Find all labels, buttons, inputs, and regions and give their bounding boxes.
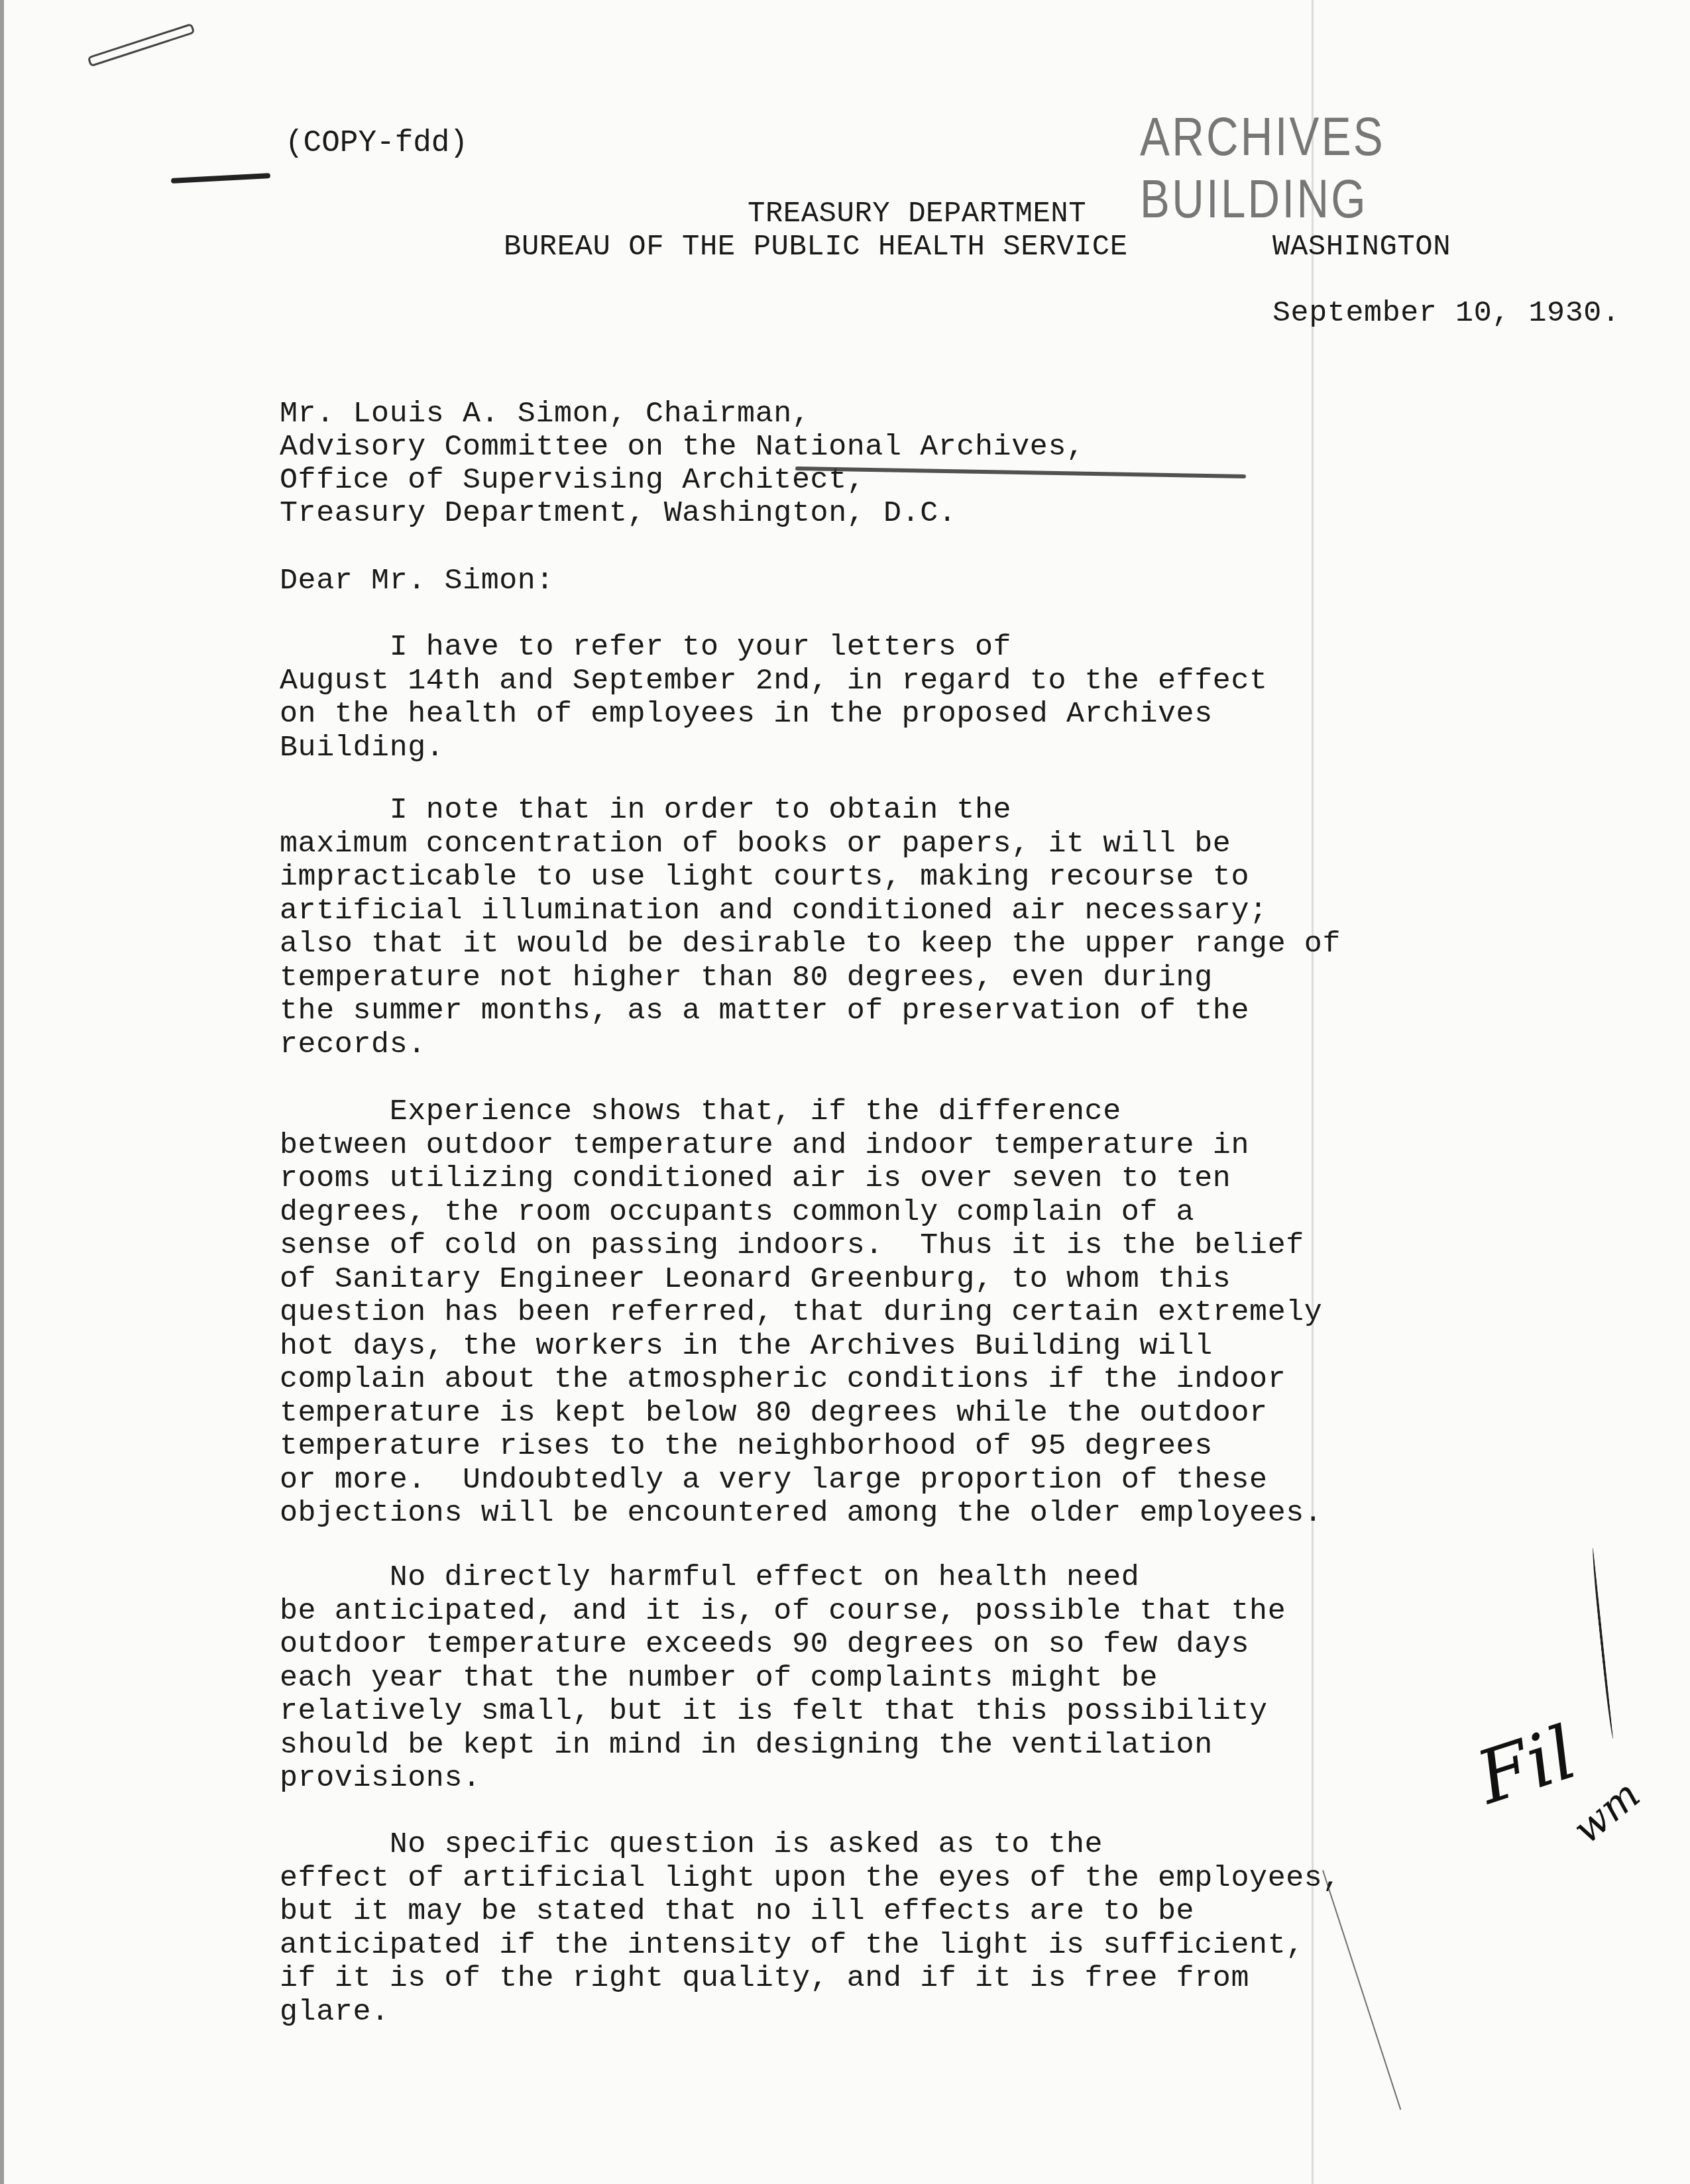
paragraph-line: Building.	[280, 732, 444, 765]
paragraph-line: but it may be stated that no ill effects…	[280, 1895, 1194, 1929]
paragraph-line: provisions.	[280, 1762, 481, 1796]
archives-building-stamp: ARCHIVES BUILDING	[1140, 106, 1591, 231]
ink-dash-mark	[171, 173, 270, 184]
salutation: Dear Mr. Simon:	[280, 565, 554, 598]
paragraph-line: the summer months, as a matter of preser…	[280, 995, 1249, 1028]
paragraph-line: of Sanitary Engineer Leonard Greenburg, …	[280, 1263, 1231, 1297]
paragraph-line: glare.	[280, 1996, 390, 2030]
paragraph-line: anticipated if the intensity of the ligh…	[280, 1929, 1304, 1963]
paragraph-line: on the health of employees in the propos…	[280, 698, 1213, 732]
handwritten-initials: Fil	[1467, 1710, 1586, 1820]
paragraph-line: No specific question is asked as to the	[280, 1828, 1103, 1862]
paragraph-line: temperature not higher than 80 degrees, …	[280, 961, 1213, 995]
paragraph-line: August 14th and September 2nd, in regard…	[280, 665, 1268, 698]
paragraph-line: or more. Undoubtedly a very large propor…	[280, 1464, 1268, 1498]
paragraph-line: temperature is kept below 80 degrees whi…	[280, 1397, 1268, 1431]
paragraph-line: sense of cold on passing indoors. Thus i…	[280, 1229, 1304, 1263]
paragraph-line: should be kept in mind in designing the …	[280, 1729, 1213, 1763]
letterhead-city: WASHINGTON	[1272, 231, 1451, 264]
paragraph-line: temperature rises to the neighborhood of…	[280, 1430, 1213, 1464]
paragraph-line: records.	[280, 1028, 426, 1062]
paragraph-line: artificial illumination and conditioned …	[280, 895, 1268, 928]
letterhead-bureau: BUREAU OF THE PUBLIC HEALTH SERVICE	[504, 231, 1128, 264]
paragraph-line: degrees, the room occupants commonly com…	[280, 1196, 1194, 1230]
paragraph-line: also that it would be desirable to keep …	[280, 928, 1341, 961]
paragraph-line: effect of artificial light upon the eyes…	[280, 1862, 1341, 1896]
paragraph-line: No directly harmful effect on health nee…	[280, 1561, 1139, 1595]
margin-bracket-mark	[1322, 1839, 1496, 2110]
paragraph-line: relatively small, but it is felt that th…	[280, 1695, 1268, 1729]
paragraph-line: I note that in order to obtain the	[280, 794, 1011, 828]
paragraph-line: between outdoor temperature and indoor t…	[280, 1129, 1249, 1163]
paragraph-line: I have to refer to your letters of	[280, 631, 1011, 665]
recipient-line: Treasury Department, Washington, D.C.	[280, 497, 956, 531]
paragraph-line: be anticipated, and it is, of course, po…	[280, 1595, 1286, 1629]
paragraph-line: objections will be encountered among the…	[280, 1497, 1322, 1531]
paragraph-line: each year that the number of complaints …	[280, 1662, 1158, 1696]
paragraph-line: complain about the atmospheric condition…	[280, 1363, 1286, 1397]
paragraph-line: question has been referred, that during …	[280, 1296, 1322, 1330]
recipient-line: Advisory Committee on the National Archi…	[280, 431, 1085, 464]
scan-edge	[0, 0, 4, 2184]
paragraph-line: impracticable to use light courts, makin…	[280, 861, 1249, 895]
recipient-line: Mr. Louis A. Simon, Chairman,	[280, 398, 811, 431]
pencil-mark	[87, 23, 196, 68]
margin-pencil-line	[1591, 1547, 1616, 1739]
paragraph-line: maximum concentration of books or papers…	[280, 828, 1231, 861]
paragraph-line: Experience shows that, if the difference	[280, 1095, 1121, 1129]
letterhead-department: TREASURY DEPARTMENT	[748, 197, 1086, 231]
recipient-line: Office of Supervising Architect,	[280, 464, 865, 498]
paragraph-line: outdoor temperature exceeds 90 degrees o…	[280, 1628, 1249, 1662]
paragraph-line: rooms utilizing conditioned air is over …	[280, 1162, 1231, 1196]
paragraph-line: if it is of the right quality, and if it…	[280, 1962, 1249, 1996]
paragraph-line: hot days, the workers in the Archives Bu…	[280, 1330, 1213, 1364]
copy-mark: (COPY-fdd)	[285, 126, 468, 160]
letter-date: September 10, 1930.	[1272, 297, 1620, 331]
